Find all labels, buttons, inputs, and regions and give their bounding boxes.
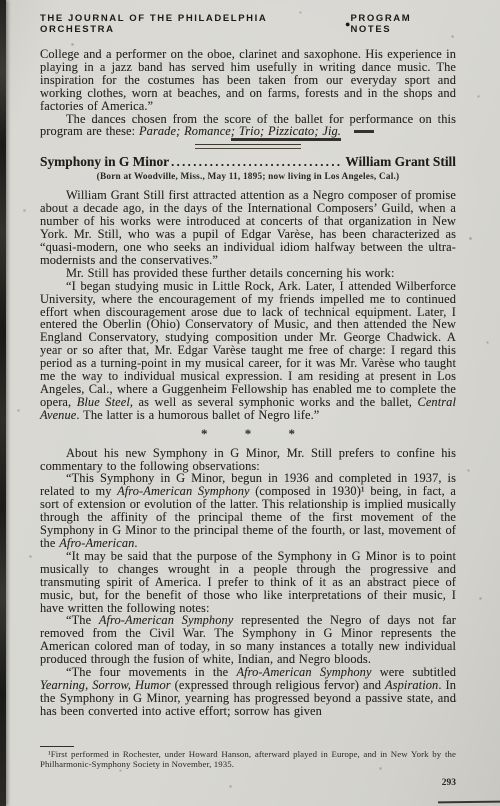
text-segment: Afro-American Symphony (236, 665, 371, 679)
asterisk-separator: * * * (40, 426, 456, 442)
still-commentary-article: About his new Symphony in G Minor, Mr. S… (40, 447, 456, 718)
journal-page: THE JOURNAL OF THE PHILADELPHIA ORCHESTR… (0, 0, 500, 806)
pencil-dash-mark (354, 130, 374, 133)
page-number: 293 (442, 778, 456, 788)
footnote-block: ¹First performed in Rochester, under How… (40, 746, 456, 770)
text-segment: Yearning, Sorrow, Humor (40, 678, 171, 692)
paragraph: “This Symphony in G Minor, begun in 1936… (40, 472, 456, 549)
composer-name: William Grant Still (345, 154, 456, 170)
text-segment: “It may be said that the purpose of the … (40, 549, 456, 615)
text-segment: William Grant Still first attracted atte… (40, 188, 456, 267)
text-segment: “I began studying music in Little Rock, … (40, 279, 456, 409)
page-content: THE JOURNAL OF THE PHILADELPHIA ORCHESTR… (40, 17, 456, 718)
text-segment: (expressed through religious fervor) and (171, 678, 385, 692)
journal-title: THE JOURNAL OF THE PHILADELPHIA ORCHESTR… (40, 13, 345, 35)
text-segment: Afro-American Symphony (117, 484, 250, 498)
work-heading: Symphony in G Minor ....................… (40, 154, 456, 170)
leader-dots: ........................................… (171, 155, 343, 170)
paragraph: About his new Symphony in G Minor, Mr. S… (40, 447, 456, 473)
text-segment: Afro-American Symphony (99, 613, 234, 627)
text-segment: “The (66, 613, 99, 627)
text-segment: College and a performer on the oboe, cla… (40, 47, 456, 113)
paragraph: College and a performer on the oboe, cla… (40, 48, 456, 113)
page-header: THE JOURNAL OF THE PHILADELPHIA ORCHESTR… (40, 17, 456, 30)
paragraph: “I began studying music in Little Rock, … (40, 280, 456, 422)
text-segment: ; Trio; Pizzicato; Jig. (231, 124, 341, 141)
paragraph: “The four movements in the Afro-American… (40, 666, 456, 718)
paragraph: William Grant Still first attracted atte… (40, 189, 456, 266)
scan-edge-artifact (438, 801, 500, 804)
binding-edge (0, 0, 6, 806)
text-segment: . The latter is a humorous ballet of Neg… (76, 408, 319, 422)
text-segment: Parade; Romance (139, 124, 231, 138)
paper-speckles (0, 0, 1, 1)
text-segment: Afro-American (59, 536, 134, 550)
text-segment: Aspiration (385, 678, 438, 692)
section-divider-rule (195, 144, 301, 149)
paragraph: “It may be said that the purpose of the … (40, 550, 456, 615)
footnote-text: ¹First performed in Rochester, under How… (40, 749, 456, 770)
text-segment: . (134, 536, 137, 550)
paragraph: The dances chosen from the score of the … (40, 113, 456, 139)
still-intro-article: William Grant Still first attracted atte… (40, 189, 456, 421)
work-title: Symphony in G Minor (40, 154, 169, 170)
text-segment: , as well as several symphonic works and… (130, 395, 418, 409)
composer-birth-note: (Born at Woodville, Miss., May 11, 1895;… (40, 172, 456, 182)
text-segment: were subtitled (372, 665, 456, 679)
footnote-rule (40, 746, 74, 747)
text-segment: Mr. Still has provided these further det… (66, 266, 394, 280)
text-segment: Blue Steel (77, 395, 130, 409)
paragraph: “The Afro-American Symphony represented … (40, 614, 456, 666)
text-segment: “The four movements in the (66, 665, 236, 679)
previous-article-continuation: College and a performer on the oboe, cla… (40, 48, 456, 138)
text-segment: About his new Symphony in G Minor, Mr. S… (40, 446, 456, 473)
program-notes-label: PROGRAM NOTES (350, 13, 456, 35)
